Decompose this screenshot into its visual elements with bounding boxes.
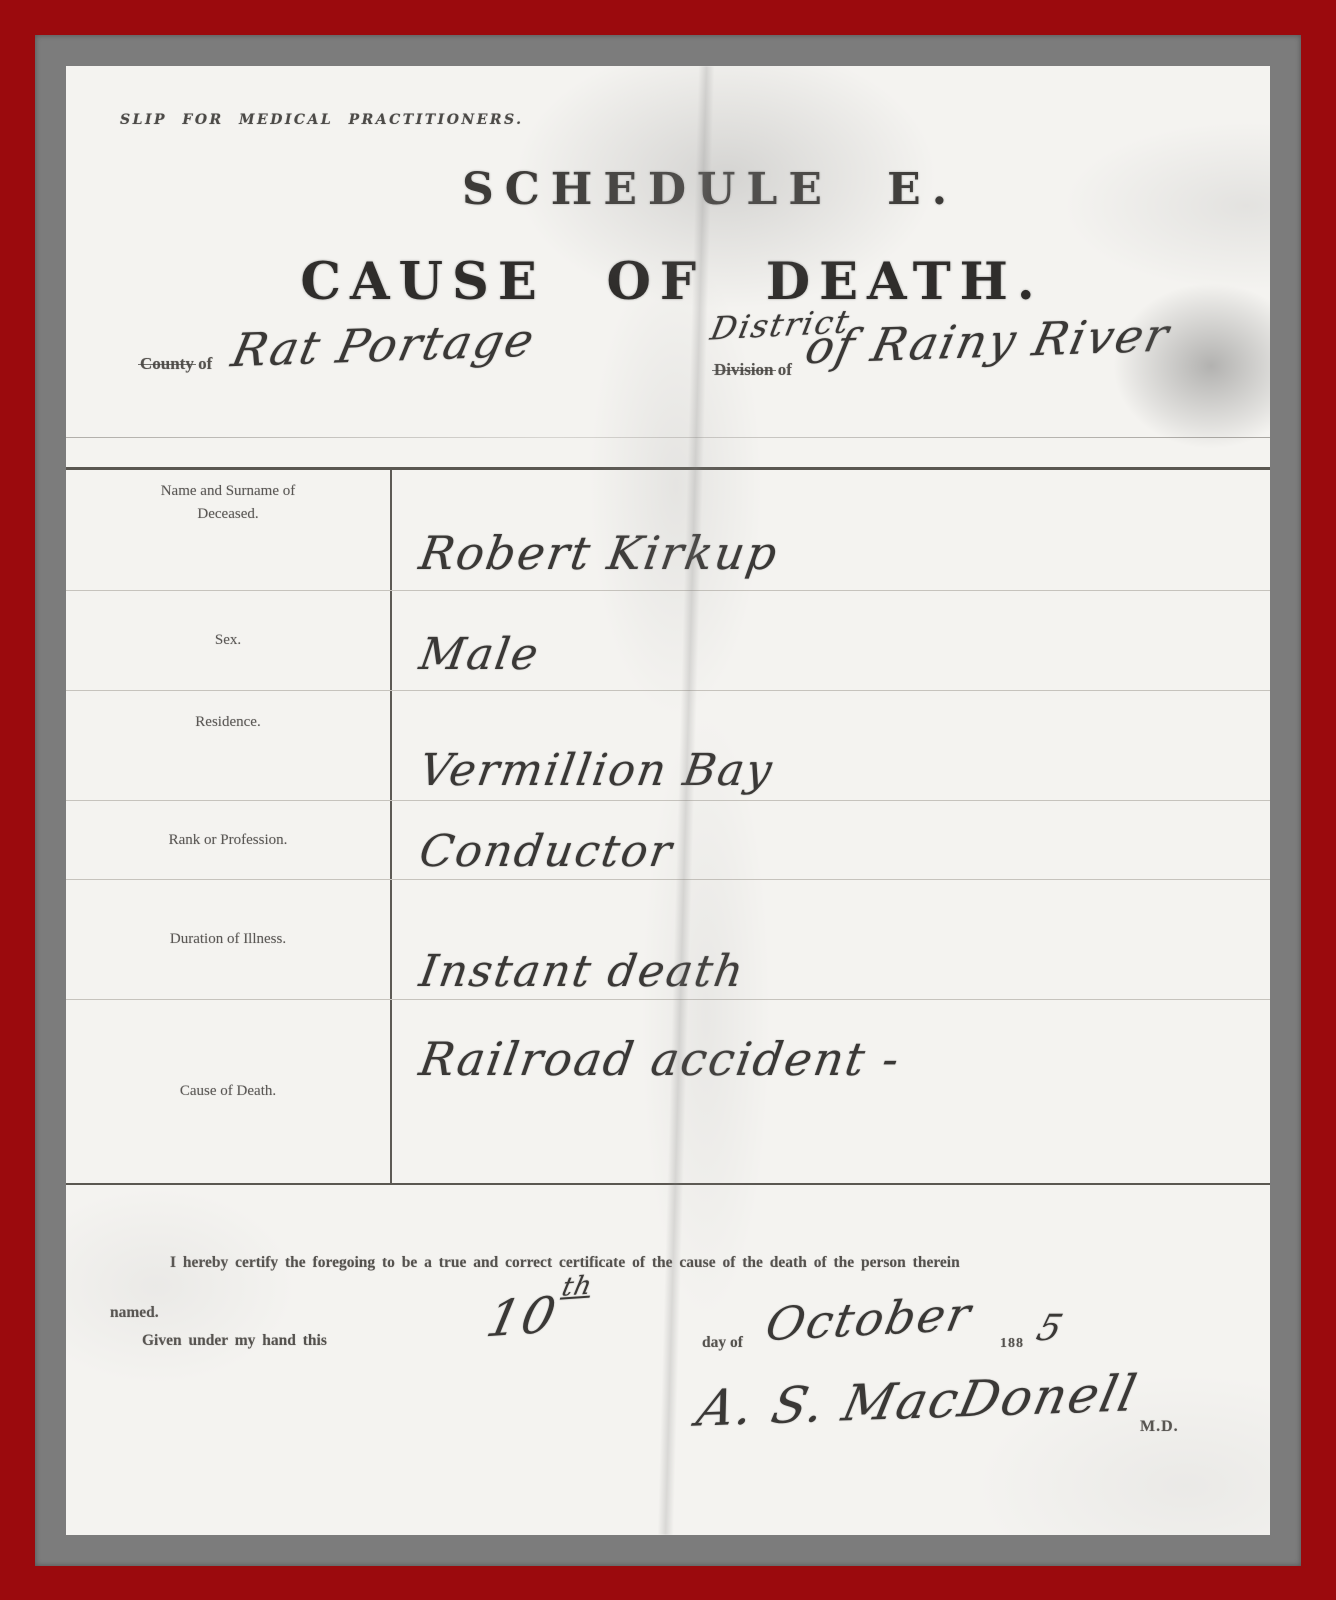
- county-handwritten-value: Rat Portage: [227, 313, 541, 377]
- row-value-cell: Male: [392, 591, 1270, 690]
- row-label-cell: Rank or Profession.: [66, 801, 392, 879]
- row-label-cell: Residence.: [66, 691, 392, 800]
- table-row: Cause of Death. Railroad accident -: [66, 1000, 1270, 1183]
- row-handwritten-value: Vermillion Bay: [416, 745, 777, 796]
- row-label: Rank or Profession.: [148, 829, 308, 852]
- row-label: Cause of Death.: [148, 1080, 308, 1103]
- page-title: CAUSE OF DEATH.: [70, 252, 1270, 312]
- schedule-title: SCHEDULE E.: [108, 164, 1270, 215]
- table-row: Sex. Male: [66, 591, 1270, 691]
- row-value-cell: Railroad accident -: [392, 1000, 1270, 1183]
- row-value-cell: Conductor: [392, 801, 1270, 879]
- row-handwritten-value: Male: [416, 629, 543, 680]
- day-handwritten-value: 10th: [481, 1271, 595, 1349]
- row-label-cell: Cause of Death.: [66, 1000, 392, 1183]
- day-of-label: day of: [702, 1334, 743, 1352]
- row-label-cell: Duration of Illness.: [66, 880, 392, 999]
- row-handwritten-value: Instant death: [416, 946, 749, 997]
- header-divider-rule: [66, 437, 1270, 438]
- row-label: Name and Surname of Deceased.: [148, 480, 308, 525]
- row-label-cell: Sex.: [66, 591, 392, 690]
- slip-note: SLIP FOR MEDICAL PRACTITIONERS.: [120, 112, 524, 128]
- row-label: Duration of Illness.: [148, 928, 308, 951]
- row-value-cell: Instant death: [392, 880, 1270, 999]
- cause-of-death-table: Name and Surname of Deceased. Robert Kir…: [66, 467, 1270, 1185]
- table-row: Residence. Vermillion Bay: [66, 691, 1270, 801]
- row-label-cell: Name and Surname of Deceased.: [66, 470, 392, 590]
- md-credential-label: M.D.: [1140, 1418, 1179, 1436]
- certification-statement-line1: I hereby certify the foregoing to be a t…: [170, 1254, 960, 1272]
- year-handwritten-digit: 5: [1032, 1308, 1069, 1349]
- row-label: Sex.: [148, 629, 308, 652]
- row-handwritten-value: Railroad accident -: [416, 1032, 905, 1086]
- physician-signature: A. S. MacDonell: [692, 1364, 1143, 1437]
- row-value-cell: Robert Kirkup: [392, 470, 1270, 590]
- row-label: Residence.: [148, 711, 308, 734]
- row-value-cell: Vermillion Bay: [392, 691, 1270, 800]
- table-row: Duration of Illness. Instant death: [66, 880, 1270, 1000]
- year-printed-label: 188: [1000, 1336, 1024, 1352]
- table-row: Rank or Profession. Conductor: [66, 801, 1270, 880]
- given-under-hand-label: Given under my hand this: [142, 1332, 327, 1350]
- row-handwritten-value: Conductor: [416, 826, 677, 877]
- county-label: County of: [140, 354, 212, 374]
- division-label: Division of: [714, 360, 792, 380]
- division-handwritten-value: of Rainy River: [801, 308, 1175, 375]
- row-handwritten-value: Robert Kirkup: [416, 526, 783, 580]
- table-row: Name and Surname of Deceased. Robert Kir…: [66, 470, 1270, 591]
- month-handwritten-value: October: [762, 1287, 977, 1352]
- death-certificate-document: SLIP FOR MEDICAL PRACTITIONERS. SCHEDULE…: [66, 66, 1270, 1535]
- certification-statement-line2: named.: [110, 1304, 159, 1322]
